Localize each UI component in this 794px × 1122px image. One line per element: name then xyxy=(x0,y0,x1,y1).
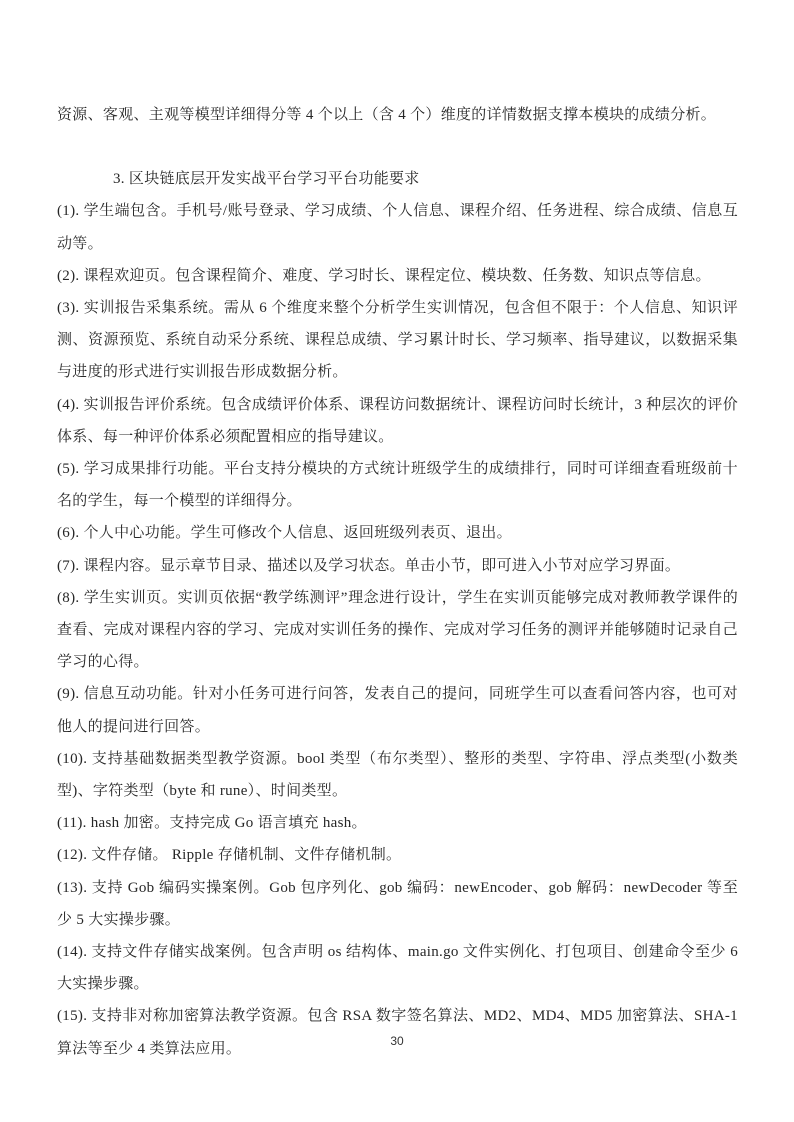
requirement-item-3: (3). 实训报告采集系统。需从 6 个维度来整个分析学生实训情况，包含但不限于… xyxy=(57,292,738,389)
requirement-item-6: (6). 个人中心功能。学生可修改个人信息、返回班级列表页、退出。 xyxy=(57,517,738,549)
requirement-item-11: (11). hash 加密。支持完成 Go 语言填充 hash。 xyxy=(57,807,738,839)
requirement-item-4: (4). 实训报告评价系统。包含成绩评价体系、课程访问数据统计、课程访问时长统计… xyxy=(57,389,738,453)
requirement-item-1: (1). 学生端包含。手机号/账号登录、学习成绩、个人信息、课程介绍、任务进程、… xyxy=(57,195,738,259)
requirement-item-7: (7). 课程内容。显示章节目录、描述以及学习状态。单击小节，即可进入小节对应学… xyxy=(57,550,738,582)
page-number: 30 xyxy=(0,1032,794,1050)
section-heading: 3. 区块链底层开发实战平台学习平台功能要求 xyxy=(57,163,738,195)
requirement-item-10: (10). 支持基础数据类型教学资源。bool 类型（布尔类型）、整形的类型、字… xyxy=(57,743,738,807)
requirement-item-2: (2). 课程欢迎页。包含课程简介、难度、学习时长、课程定位、模块数、任务数、知… xyxy=(57,260,738,292)
requirement-item-12: (12). 文件存储。 Ripple 存储机制、文件存储机制。 xyxy=(57,839,738,871)
document-page-body: 资源、客观、主观等模型详细得分等 4 个以上（含 4 个）维度的详情数据支撑本模… xyxy=(57,99,738,1065)
requirement-item-5: (5). 学习成果排行功能。平台支持分模块的方式统计班级学生的成绩排行，同时可详… xyxy=(57,453,738,517)
requirement-item-8: (8). 学生实训页。实训页依据“教学练测评”理念进行设计，学生在实训页能够完成… xyxy=(57,582,738,679)
requirement-item-9: (9). 信息互动功能。针对小任务可进行问答，发表自己的提问，同班学生可以查看问… xyxy=(57,678,738,742)
requirement-item-14: (14). 支持文件存储实战案例。包含声明 os 结构体、main.go 文件实… xyxy=(57,936,738,1000)
requirement-item-13: (13). 支持 Gob 编码实操案例。Gob 包序列化、gob 编码：newE… xyxy=(57,872,738,936)
intro-continuation-paragraph: 资源、客观、主观等模型详细得分等 4 个以上（含 4 个）维度的详情数据支撑本模… xyxy=(57,99,738,131)
